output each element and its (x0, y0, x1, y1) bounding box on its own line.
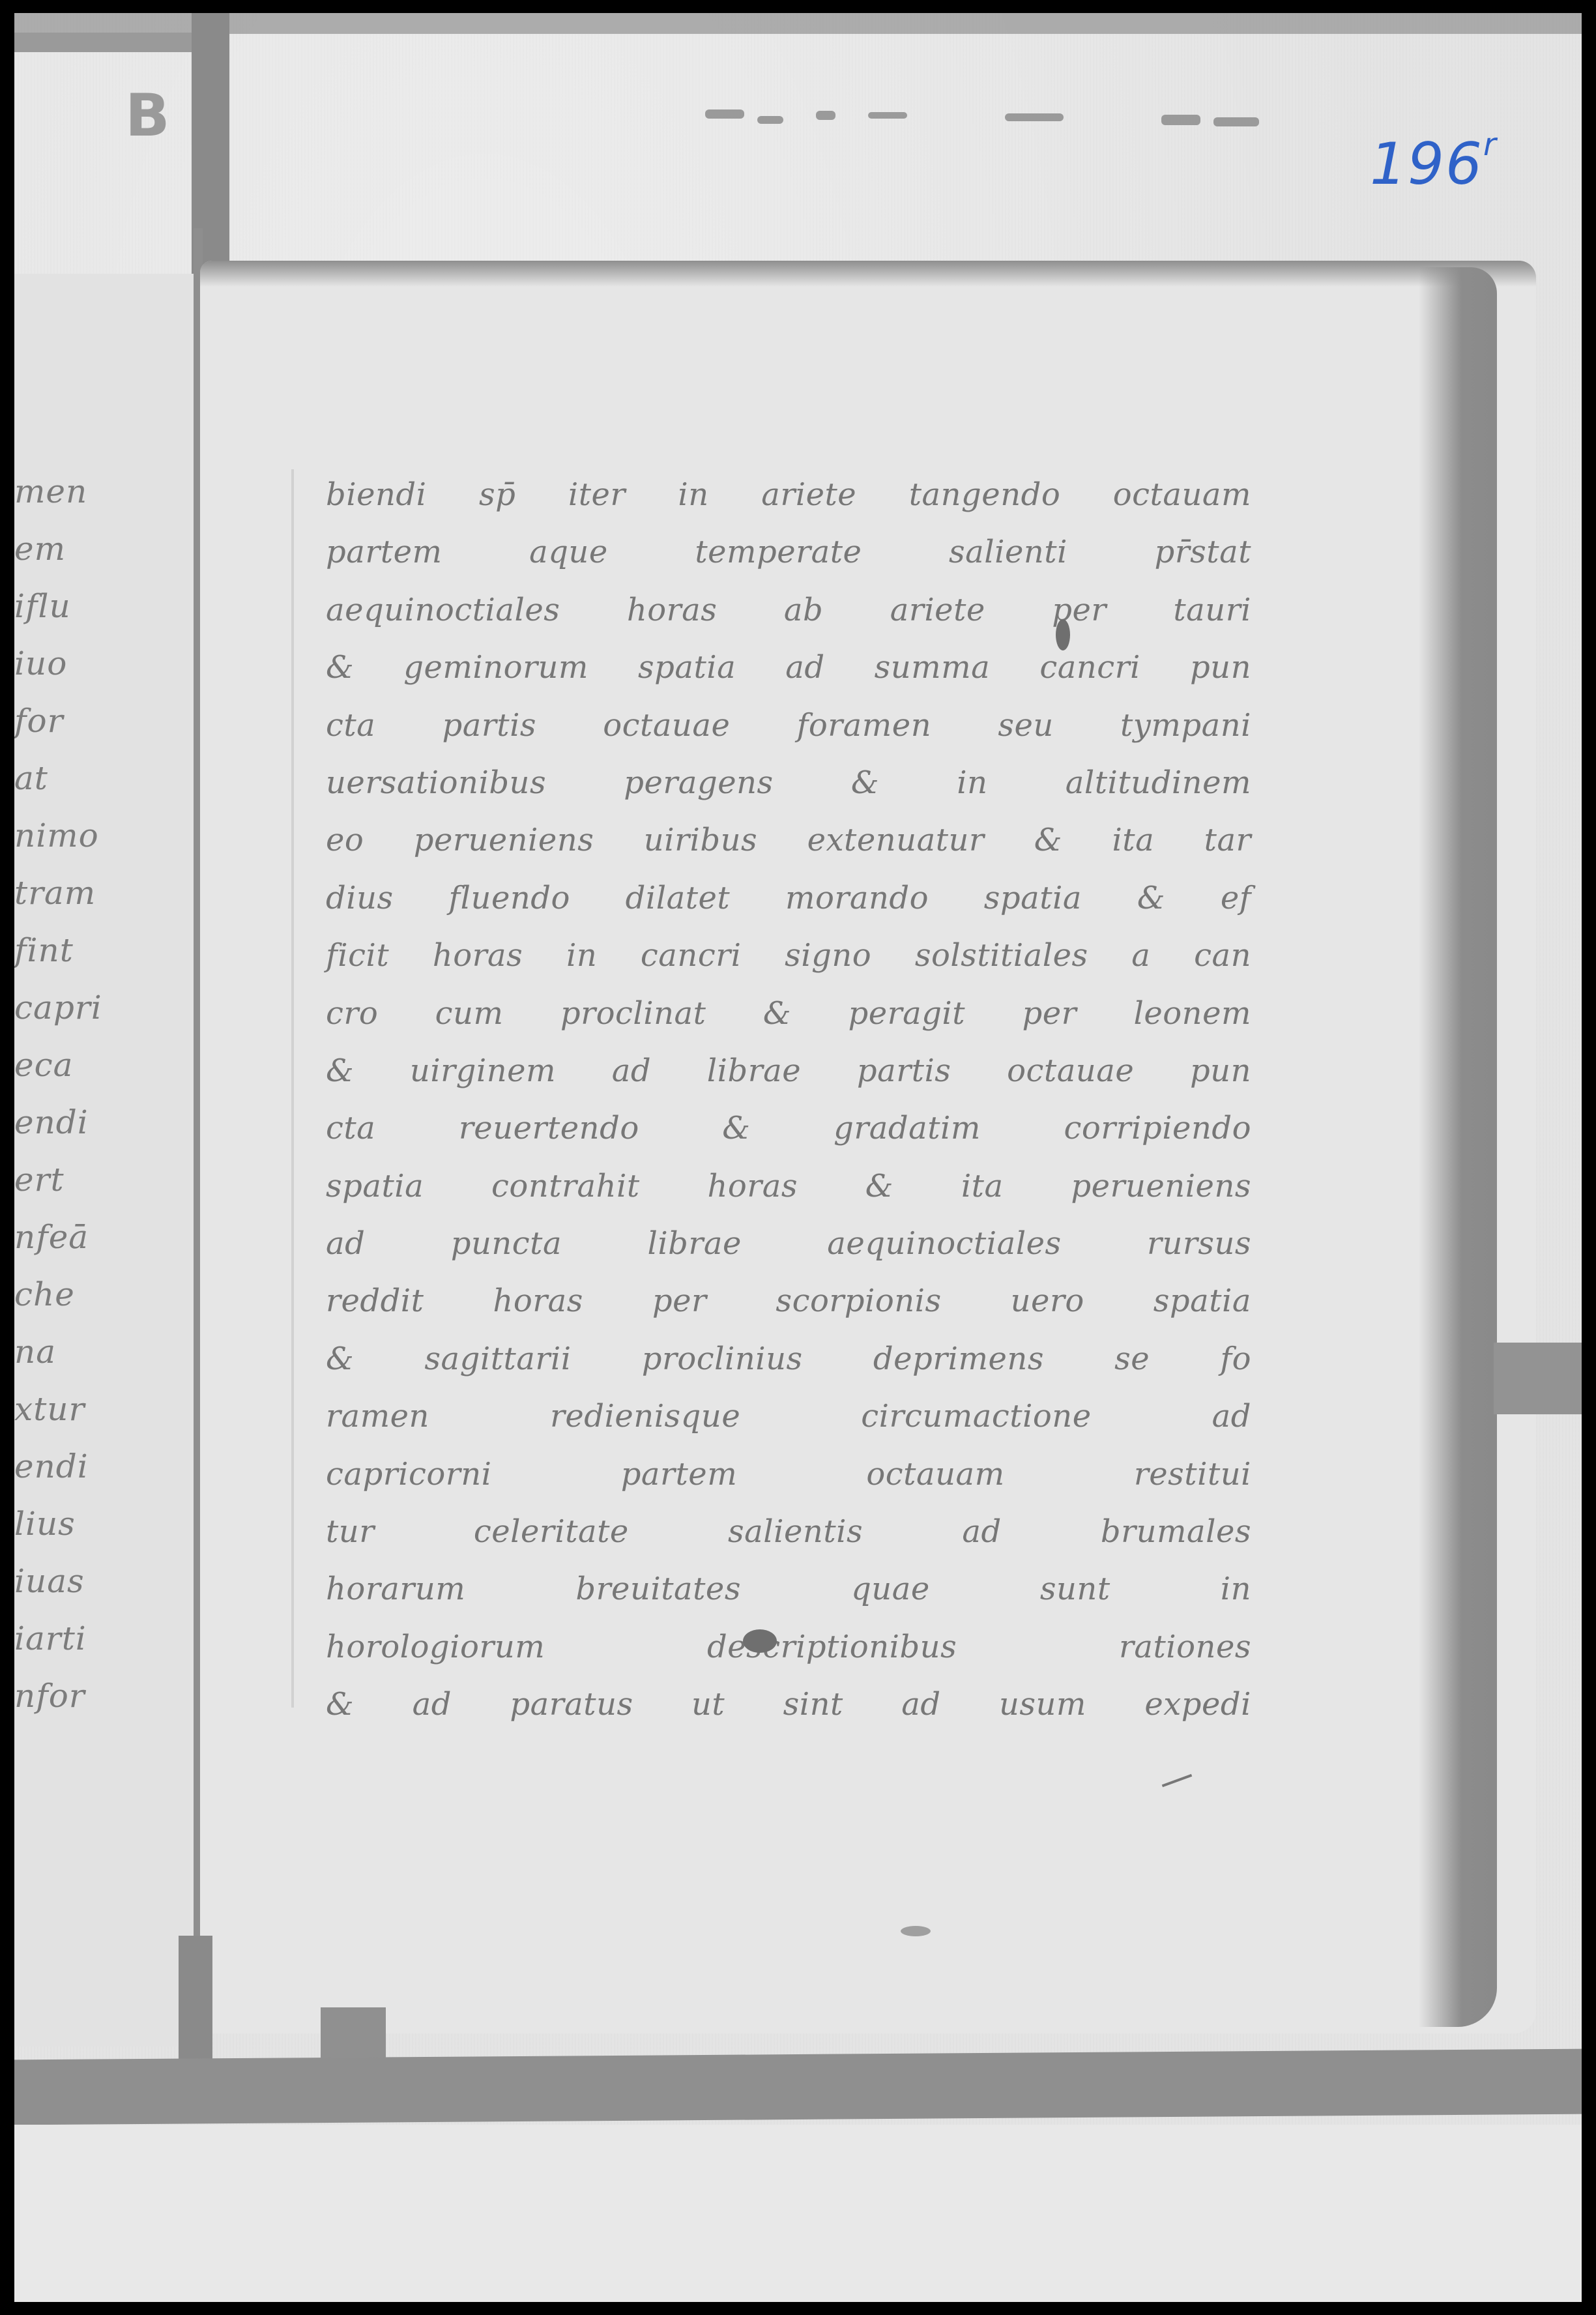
text-line: capricorni partem octauam restitui (326, 1446, 1251, 1503)
text-line: eo perueniens uiribus extenuatur & ita t… (326, 811, 1251, 869)
text-line: biendi sp̄ iter in ariete tangendo octau… (326, 466, 1251, 523)
text-line: cta partis octauae foramen seu tympani (326, 697, 1251, 754)
text-line: tur celeritate salientis ad brumales (326, 1503, 1251, 1560)
text-line: & sagittarii proclinius deprimens se fo (326, 1330, 1251, 1388)
text-line: partem aque temperate salienti pr̄stat (326, 523, 1251, 581)
page-right-edge-shadow (1419, 267, 1497, 2027)
text-line: cro cum proclinat & peragit per leonem (326, 985, 1251, 1042)
text-line: & uirginem ad librae partis octauae pun (326, 1042, 1251, 1099)
shelf-letter: B (125, 81, 170, 150)
page-top-edge-shadow (200, 261, 1536, 287)
text-line: uersationibus peragens & in altitudinem (326, 754, 1251, 811)
right-clamp-shadow (1494, 1343, 1582, 1414)
text-line: horarum breuitates quae sunt in (326, 1560, 1251, 1618)
folio-number: 196r (1370, 130, 1498, 197)
text-line: dius fluendo dilatet morando spatia & ef (326, 869, 1251, 927)
text-line: cta reuertendo & gradatim corripiendo (326, 1099, 1251, 1157)
text-line: horologiorum descriptionibus rationes (326, 1618, 1251, 1676)
lower-scan-area (14, 2125, 1582, 2302)
text-line: & ad paratus ut sint ad usum expedi (326, 1676, 1251, 1733)
manuscript-text: biendi sp̄ iter in ariete tangendo octau… (326, 466, 1251, 1734)
text-line: reddit horas per scorpionis uero spatia (326, 1272, 1251, 1330)
text-line: ad puncta librae aequinoctiales rursus (326, 1215, 1251, 1272)
top-shadow-band (14, 13, 1582, 34)
text-line: ficit horas in cancri signo solstitiales… (326, 927, 1251, 984)
ink-blot (901, 1926, 931, 1936)
text-line: & geminorum spatia ad summa cancri pun (326, 639, 1251, 696)
bottom-tab-mark (321, 2007, 386, 2060)
manuscript-scan: B illegible faint marks 196r men em iflu… (14, 13, 1582, 2302)
text-line: ramen redienisque circumactione ad (326, 1388, 1251, 1445)
ink-blot (743, 1629, 777, 1653)
facing-page-fragments: men em iflu iuo for at nimo tram fint ca… (14, 463, 184, 1725)
text-line: spatia contrahit horas & ita perueniens (326, 1157, 1251, 1215)
binding-post-bottom (179, 1936, 212, 2066)
text-line: aequinoctiales horas ab ariete per tauri (326, 581, 1251, 639)
ink-blot (1056, 619, 1070, 650)
bottom-shadow-bar (14, 2049, 1582, 2125)
